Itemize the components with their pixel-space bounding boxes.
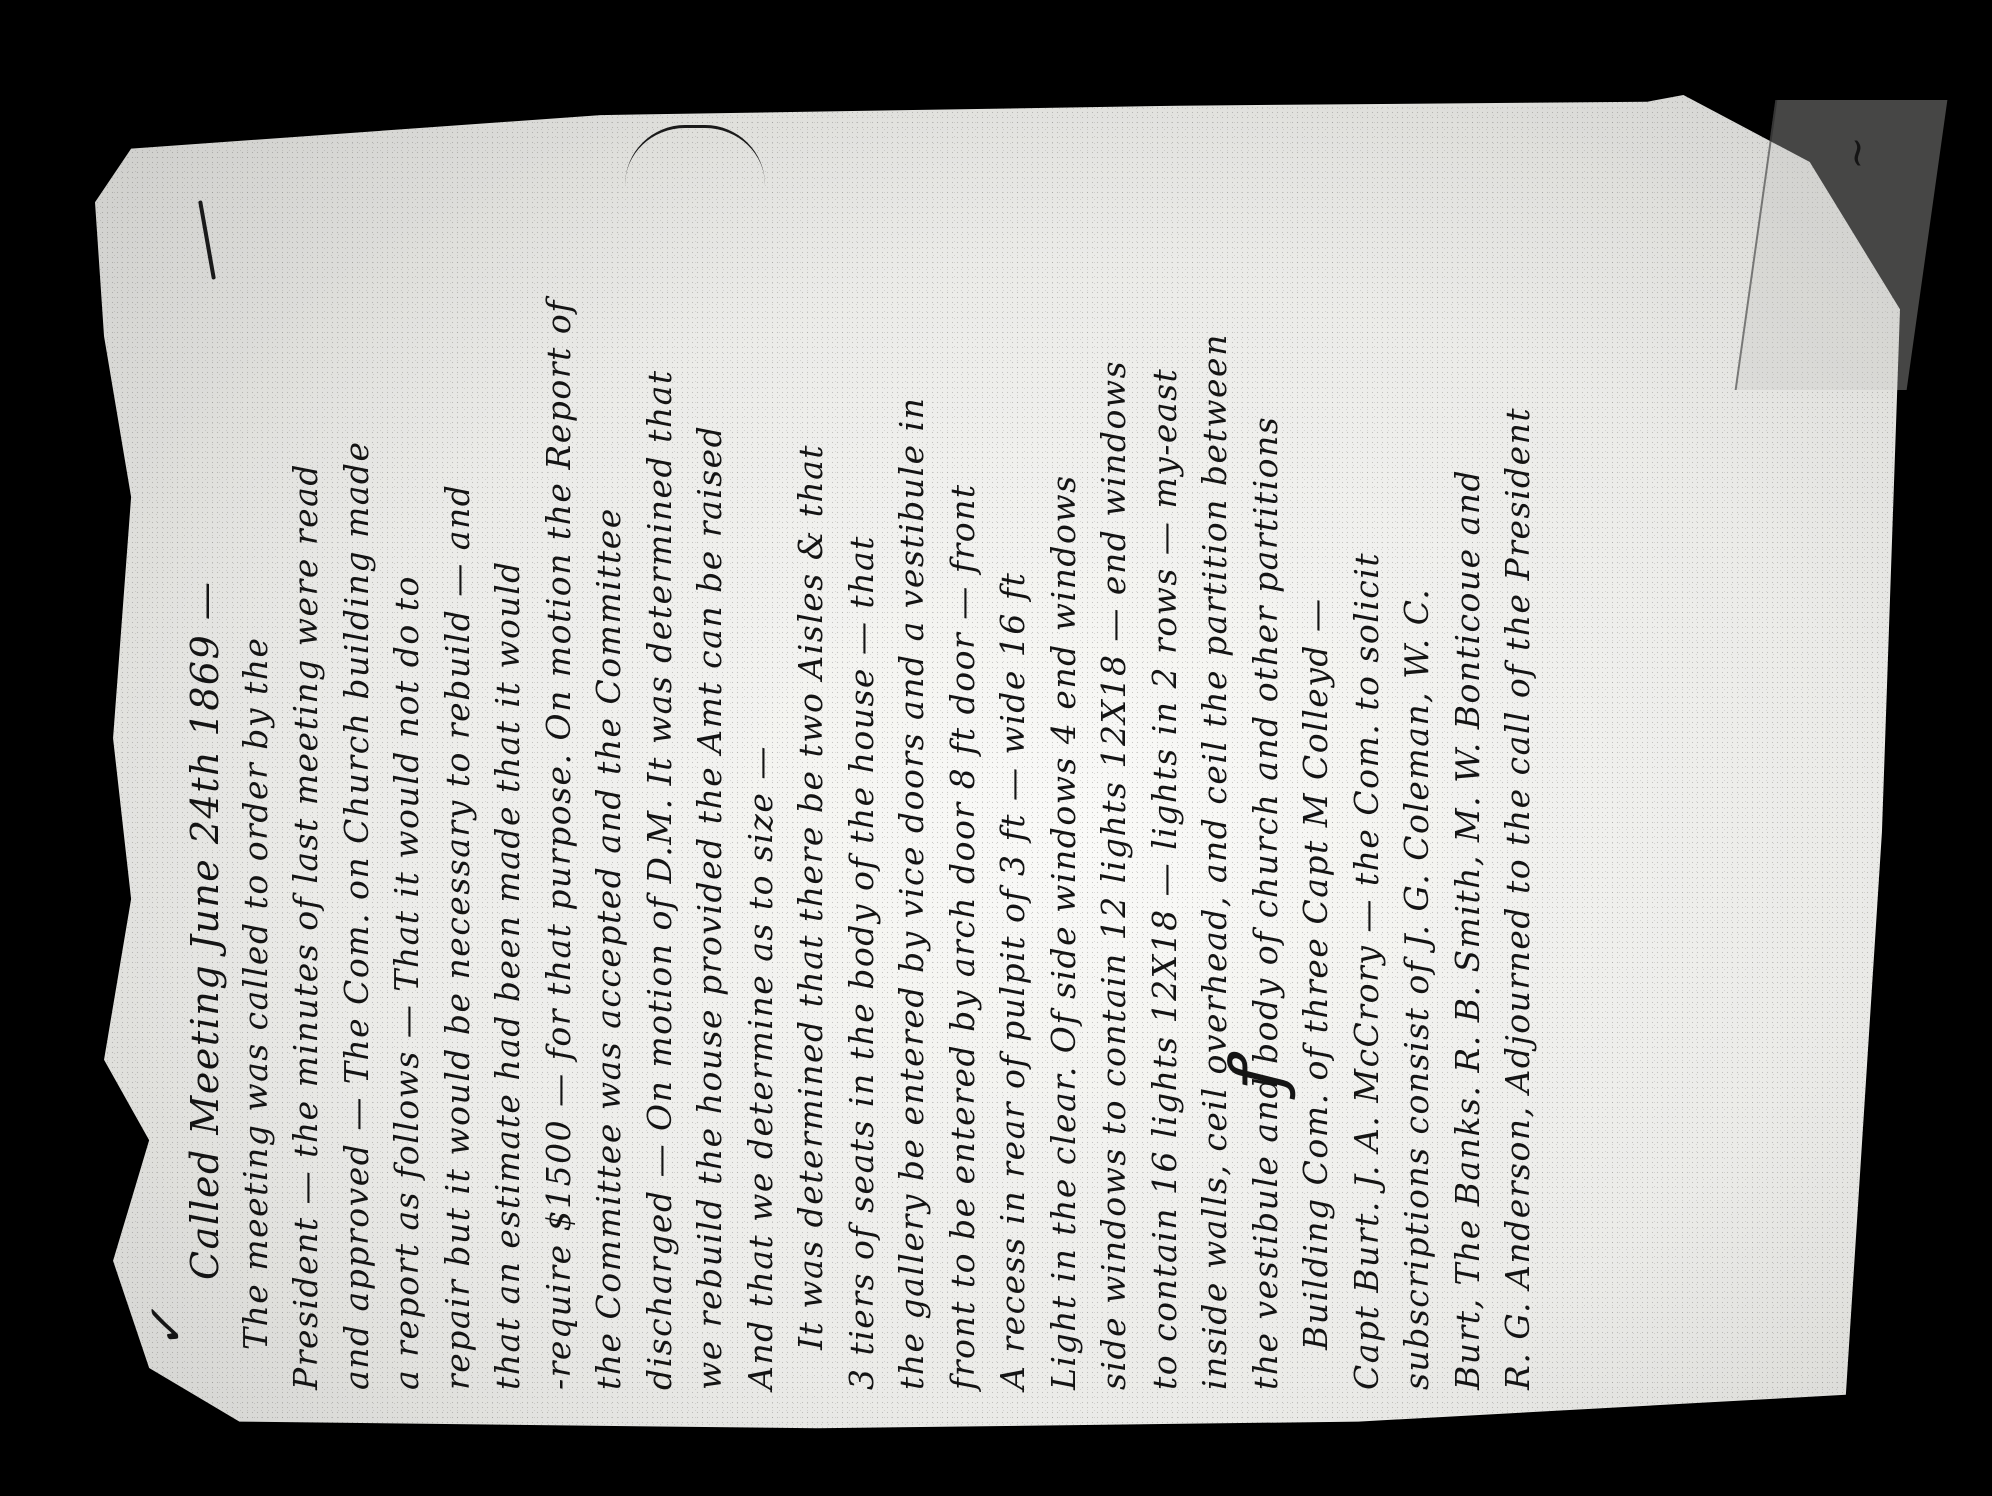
minutes-line: Building Com. of three Capt M Colleyd — bbox=[1291, 110, 1342, 1390]
minutes-line: the Committee was accepted and the Commi… bbox=[584, 110, 635, 1390]
minutes-line: we rebuild the house provided the Amt ca… bbox=[685, 110, 736, 1390]
minutes-line: R. G. Anderson, Adjourned to the call of… bbox=[1493, 110, 1544, 1390]
minutes-line: The meeting was called to order by the bbox=[231, 110, 282, 1390]
minutes-line: and approved — The Com. on Church buildi… bbox=[332, 110, 383, 1390]
minutes-line: the gallery be entered by vice doors and… bbox=[887, 110, 938, 1390]
minutes-line: discharged — On motion of D.M. It was de… bbox=[635, 110, 686, 1390]
corner-squiggle-mark: ~ bbox=[1834, 136, 1880, 170]
minutes-line: And that we determine as to size — bbox=[736, 110, 787, 1390]
handwritten-minutes: Called Meeting June 24th 1869 — The meet… bbox=[180, 110, 1544, 1390]
minutes-line: Burt, The Banks. R. B. Smith, M. W. Bont… bbox=[1443, 110, 1494, 1390]
minutes-line: inside walls, ceil overhead, and ceil th… bbox=[1190, 110, 1241, 1390]
minutes-line: President — the minutes of last meeting … bbox=[281, 110, 332, 1390]
minutes-line: Capt Burt. J. A. McCrory — the Com. to s… bbox=[1342, 110, 1393, 1390]
minutes-line: Light in the clear. Of side windows 4 en… bbox=[1039, 110, 1090, 1390]
minutes-line: to contain 16 lights 12X18 — lights in 2… bbox=[1140, 110, 1191, 1390]
minutes-line: repair but it would be necessary to rebu… bbox=[433, 110, 484, 1390]
minutes-line: the vestibule and body of church and oth… bbox=[1241, 110, 1292, 1390]
minutes-line: -require $1500 — for that purpose. On mo… bbox=[534, 110, 585, 1390]
minutes-line: front to be entered by arch door 8 ft do… bbox=[938, 110, 989, 1390]
minutes-line: A recess in rear of pulpit of 3 ft — wid… bbox=[988, 110, 1039, 1390]
minutes-line: It was determined that there be two Aisl… bbox=[786, 110, 837, 1390]
minutes-line: a report as follows — That it would not … bbox=[382, 110, 433, 1390]
scanned-page-background: ✓ ꝭ ~ Called Meeting June 24th 1869 — Th… bbox=[0, 0, 1992, 1496]
minutes-heading: Called Meeting June 24th 1869 — bbox=[180, 110, 231, 1390]
minutes-line: side windows to contain 12 lights 12X18 … bbox=[1089, 110, 1140, 1390]
minutes-line: 3 tiers of seats in the body of the hous… bbox=[837, 110, 888, 1390]
minutes-line: subscriptions consist of J. G. Coleman, … bbox=[1392, 110, 1443, 1390]
minutes-line: that an estimate had been made that it w… bbox=[483, 110, 534, 1390]
